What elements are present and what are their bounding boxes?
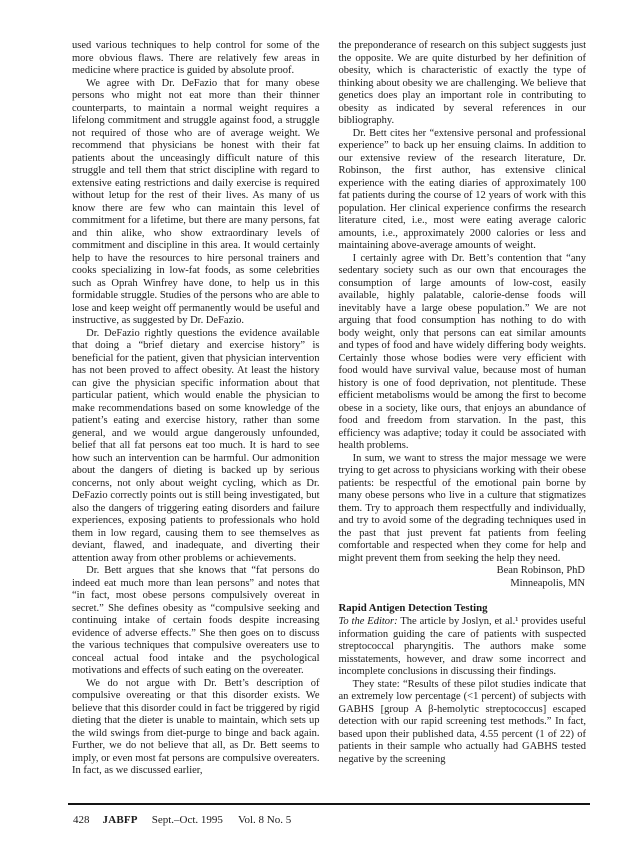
volume-number: Vol. 8 No. 5 — [238, 813, 291, 827]
page-body: used various techniques to help control … — [72, 40, 586, 778]
paragraph: We do not argue with Dr. Bett’s descript… — [72, 678, 320, 778]
section-heading: Rapid Antigen Detection Testing — [339, 602, 587, 615]
right-column: the preponderance of research on this su… — [339, 40, 587, 778]
paragraph: In sum, we want to stress the major mess… — [339, 453, 587, 566]
paragraph: Dr. DeFazio rightly questions the eviden… — [72, 328, 320, 566]
left-column: used various techniques to help control … — [72, 40, 320, 778]
signature-line: Minneapolis, MN — [339, 578, 586, 591]
signature-block: Bean Robinson, PhDMinneapolis, MN — [339, 565, 587, 590]
paragraph: Dr. Bett argues that she knows that “fat… — [72, 565, 320, 678]
journal-abbreviation: JABFP — [103, 813, 138, 827]
letter-opening-paragraph: To the Editor: The article by Joslyn, et… — [339, 616, 587, 679]
footer-rule — [68, 803, 590, 805]
paragraph: They state: “Results of these pilot stud… — [339, 679, 587, 767]
paragraph: I certainly agree with Dr. Bett’s conten… — [339, 253, 587, 453]
page-footer: 428 JABFP Sept.–Oct. 1995 Vol. 8 No. 5 — [73, 813, 291, 827]
paragraph: Dr. Bett cites her “extensive personal a… — [339, 128, 587, 253]
signature-line: Bean Robinson, PhD — [339, 565, 586, 578]
paragraph: used various techniques to help control … — [72, 40, 320, 78]
page-number: 428 — [73, 813, 90, 827]
journal-page: used various techniques to help control … — [0, 0, 620, 867]
letter-salutation: To the Editor: — [339, 616, 398, 627]
issue-date: Sept.–Oct. 1995 — [152, 813, 223, 827]
paragraph: We agree with Dr. DeFazio that for many … — [72, 78, 320, 328]
paragraph: the preponderance of research on this su… — [339, 40, 587, 128]
